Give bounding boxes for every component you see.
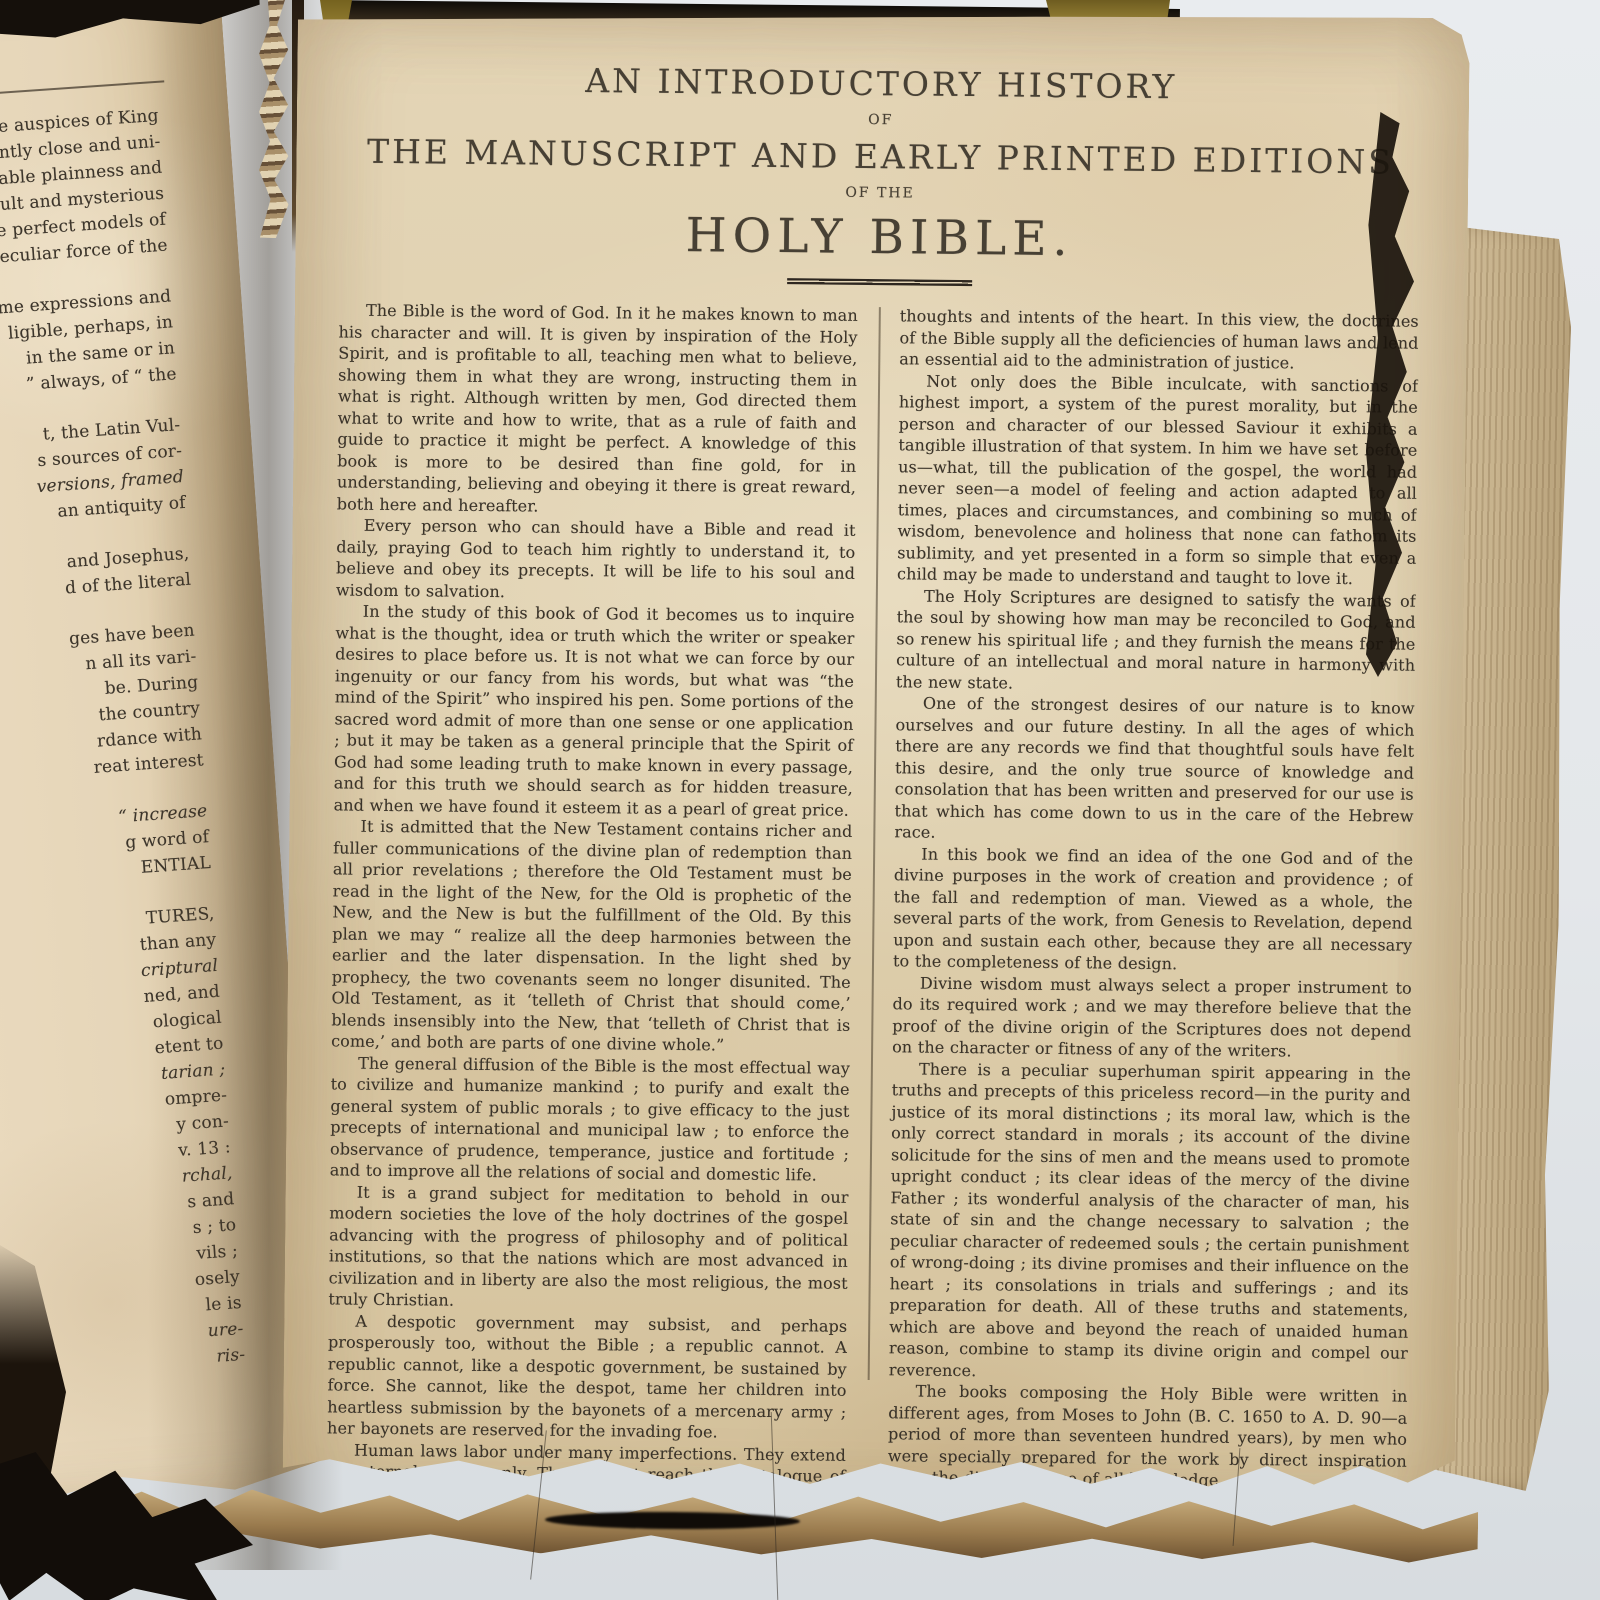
paragraph: The general diffusion of the Bible is th… bbox=[330, 1052, 850, 1186]
page-title-block: AN INTRODUCTORY HISTORY OF THE MANUSCRIP… bbox=[339, 58, 1421, 290]
title-line-2: THE MANUSCRIPT AND EARLY PRINTED EDITION… bbox=[340, 131, 1420, 181]
title-holy-bible: HOLY BIBLE. bbox=[339, 204, 1420, 270]
main-page-content: AN INTRODUCTORY HISTORY OF THE MANUSCRIP… bbox=[282, 6, 1470, 1522]
paragraph: In this book we find an idea of the one … bbox=[893, 843, 1413, 977]
paragraph: Human laws labor under many imperfection… bbox=[326, 1439, 846, 1506]
paragraph: It is a grand subject for meditation to … bbox=[328, 1181, 848, 1315]
title-line-1: AN INTRODUCTORY HISTORY bbox=[341, 58, 1421, 108]
paragraph: Not only does the Bible inculcate, with … bbox=[897, 370, 1418, 590]
paragraph: Divine wisdom must always select a prope… bbox=[892, 972, 1412, 1063]
paragraph: It is admitted that the New Testament co… bbox=[331, 815, 852, 1057]
paragraph: The Holy Scriptures are designed to sati… bbox=[896, 585, 1416, 698]
title-divider-rule bbox=[787, 278, 972, 286]
paragraph: The books composing the Holy Bible were … bbox=[888, 1380, 1408, 1493]
paragraph: A despotic government may subsist, and p… bbox=[327, 1310, 847, 1444]
book-photo: the auspices of Kingciently close and un… bbox=[0, 0, 1600, 1600]
paragraph: One of the strongest desires of our natu… bbox=[894, 692, 1415, 848]
main-page: AN INTRODUCTORY HISTORY OF THE MANUSCRIP… bbox=[282, 6, 1470, 1522]
title-of-the: OF THE bbox=[340, 179, 1420, 206]
paragraph: Every person who can should have a Bible… bbox=[336, 514, 856, 605]
paragraph: The Bible is the word of God. In it he m… bbox=[337, 299, 858, 519]
paragraph: In the study of this book of God it beco… bbox=[334, 600, 855, 820]
text-column-right: thoughts and intents of the heart. In th… bbox=[887, 305, 1418, 1505]
column-divider-rule bbox=[868, 307, 881, 1380]
two-column-text: The Bible is the word of God. In it he m… bbox=[326, 299, 1418, 1505]
text-column-left: The Bible is the word of God. In it he m… bbox=[326, 299, 857, 1499]
title-of: OF bbox=[341, 106, 1421, 133]
paragraph: There is a peculiar superhuman spirit ap… bbox=[889, 1058, 1411, 1386]
paragraph: The several books bear a uniform and unv… bbox=[886, 1488, 1406, 1506]
paragraph: thoughts and intents of the heart. In th… bbox=[899, 305, 1419, 375]
